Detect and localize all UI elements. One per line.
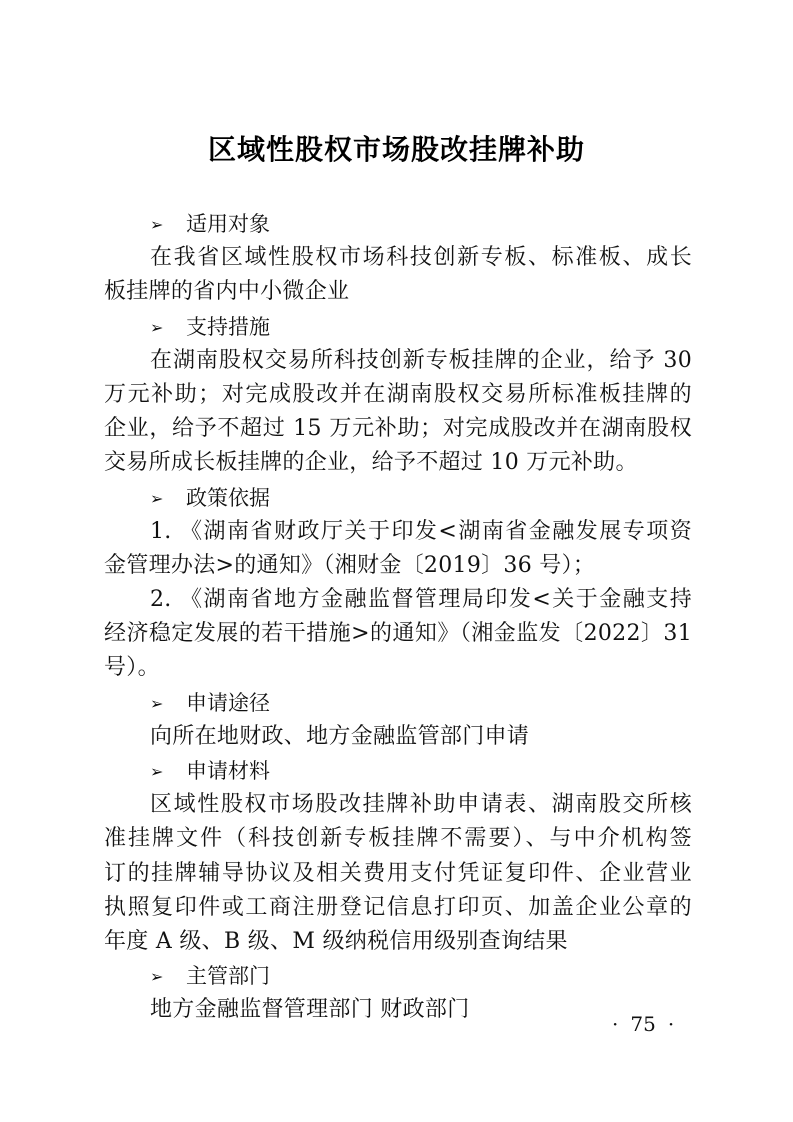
section-heading-applicable: ➢适用对象 <box>104 207 692 241</box>
paragraph-line: 号）。 <box>104 651 692 685</box>
paragraph-line: 万元补助；对完成股改并在湖南股权交易所标准板挂牌的 <box>104 378 692 412</box>
arrow-bullet-icon: ➢ <box>150 311 186 345</box>
paragraph-line: 在我省区域性股权市场科技创新专板、标准板、成长 <box>104 241 692 275</box>
paragraph-line: 区域性股权市场股改挂牌补助申请表、湖南股交所核 <box>104 788 692 822</box>
paragraph-line: 向所在地财政、地方金融监管部门申请 <box>104 720 692 754</box>
section-heading-label: 主管部门 <box>186 964 270 988</box>
paragraph-line: 交易所成长板挂牌的企业，给予不超过 10 万元补助。 <box>104 446 692 480</box>
document-page: 区域性股权市场股改挂牌补助 ➢适用对象 在我省区域性股权市场科技创新专板、标准板… <box>0 0 793 1122</box>
paragraph-line: 订的挂牌辅导协议及相关费用支付凭证复印件、企业营业 <box>104 857 692 891</box>
arrow-bullet-icon: ➢ <box>150 687 186 721</box>
section-heading-label: 申请途径 <box>186 691 270 715</box>
paragraph-line: 1. 《湖南省财政厅关于印发<湖南省金融发展专项资 <box>104 515 692 549</box>
section-heading-label: 适用对象 <box>186 212 270 236</box>
section-heading-application-materials: ➢申请材料 <box>104 754 692 788</box>
section-heading-label: 政策依据 <box>186 486 270 510</box>
section-heading-label: 支持措施 <box>186 315 270 339</box>
paragraph-line: 准挂牌文件（科技创新专板挂牌不需要）、与中介机构签 <box>104 822 692 856</box>
page-number-value: 75 <box>630 1012 655 1036</box>
paragraph-line: 2. 《湖南省地方金融监督管理局印发<关于金融支持 <box>104 583 692 617</box>
paragraph-line: 经济稳定发展的若干措施>的通知》（湘金监发〔2022〕31 <box>104 617 692 651</box>
page-dot-left: · <box>612 1012 618 1036</box>
page-title: 区域性股权市场股改挂牌补助 <box>0 128 793 168</box>
paragraph-line: 执照复印件或工商注册登记信息打印页、加盖企业公章的 <box>104 891 692 925</box>
paragraph-line: 金管理办法>的通知》（湘财金〔2019〕36 号）； <box>104 549 692 583</box>
page-dot-right: · <box>668 1012 674 1036</box>
page-number: ·75· <box>600 1012 686 1036</box>
section-heading-label: 申请材料 <box>186 759 270 783</box>
section-heading-competent-department: ➢主管部门 <box>104 959 692 993</box>
arrow-bullet-icon: ➢ <box>150 960 186 994</box>
paragraph-line: 年度 A 级、B 级、M 级纳税信用级别查询结果 <box>104 925 692 959</box>
arrow-bullet-icon: ➢ <box>150 755 186 789</box>
arrow-bullet-icon: ➢ <box>150 482 186 516</box>
paragraph-line: 板挂牌的省内中小微企业 <box>104 275 692 309</box>
paragraph-line: 企业，给予不超过 15 万元补助；对完成股改并在湖南股权 <box>104 412 692 446</box>
section-heading-application-channel: ➢申请途径 <box>104 686 692 720</box>
document-body: ➢适用对象 在我省区域性股权市场科技创新专板、标准板、成长 板挂牌的省内中小微企… <box>104 207 692 1028</box>
section-heading-support: ➢支持措施 <box>104 310 692 344</box>
arrow-bullet-icon: ➢ <box>150 208 186 242</box>
paragraph-line: 在湖南股权交易所科技创新专板挂牌的企业，给予 30 <box>104 344 692 378</box>
section-heading-policy-basis: ➢政策依据 <box>104 481 692 515</box>
